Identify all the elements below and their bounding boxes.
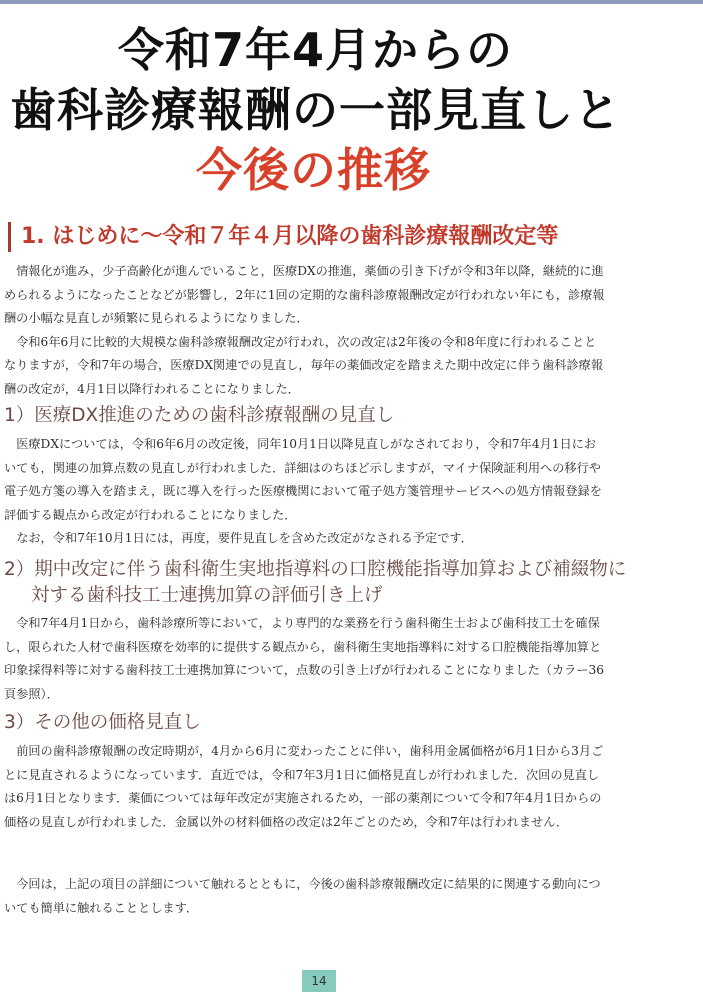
paragraph: 前回の歯科診療報酬の改定時期が，4月から6月に変わったことに伴い，歯科用金属価格… [4,740,608,834]
page-number-badge: 14 [302,970,336,992]
section-1-heading: 1. はじめに～令和７年４月以降の歯科診療報酬改定等 [8,222,558,252]
paragraph: 令和7年4月1日から，歯科診療所等において，より専門的な業務を行う歯科衛生士およ… [4,612,608,706]
subsection-1-heading: 1）医療DX推進のための歯科診療報酬の見直し [4,403,394,429]
subsection-2-heading: 2）期中改定に伴う歯科衛生実地指導料の口腔機能指導加算および補綴物に 対する歯科… [4,557,626,609]
paragraph: 情報化が進み，少子高齢化が進んでいること，医療DXの推進，薬価の引き下げが令和3… [4,260,608,331]
page-title: 令和7年4月からの 歯科診療報酬の一部見直しと 今後の推移 [0,20,703,200]
paragraph: なお，令和7年10月1日には，再度，要件見直しを含めた改定がなされる予定です． [4,527,608,551]
title-line-3: 今後の推移 [0,140,703,200]
top-rule [0,0,703,4]
subsection-2-heading-line-2: 対する歯科技工士連携加算の評価引き上げ [4,583,626,609]
closing-body: 今回は，上記の項目の詳細について触れるとともに，今後の歯科診療報酬改定に結果的に… [4,873,608,920]
title-line-2: 歯科診療報酬の一部見直しと [0,80,703,140]
subsection-3-body: 前回の歯科診療報酬の改定時期が，4月から6月に変わったことに伴い，歯科用金属価格… [4,740,608,834]
section-1-body: 情報化が進み，少子高齢化が進んでいること，医療DXの推進，薬価の引き下げが令和3… [4,260,608,401]
paragraph: 令和6年6月に比較的大規模な歯科診療報酬改定が行われ，次の改定は2年後の令和8年… [4,331,608,402]
paragraph: 医療DXについては，令和6年6月の改定後，同年10月1日以降見直しがなされており… [4,433,608,527]
subsection-3-heading: 3）その他の価格見直し [4,710,201,736]
subsection-1-body: 医療DXについては，令和6年6月の改定後，同年10月1日以降見直しがなされており… [4,433,608,551]
subsection-2-body: 令和7年4月1日から，歯科診療所等において，より専門的な業務を行う歯科衛生士およ… [4,612,608,706]
paragraph: 今回は，上記の項目の詳細について触れるとともに，今後の歯科診療報酬改定に結果的に… [4,873,608,920]
title-line-1: 令和7年4月からの [0,20,703,80]
subsection-2-heading-line-1: 2）期中改定に伴う歯科衛生実地指導料の口腔機能指導加算および補綴物に [4,559,626,580]
